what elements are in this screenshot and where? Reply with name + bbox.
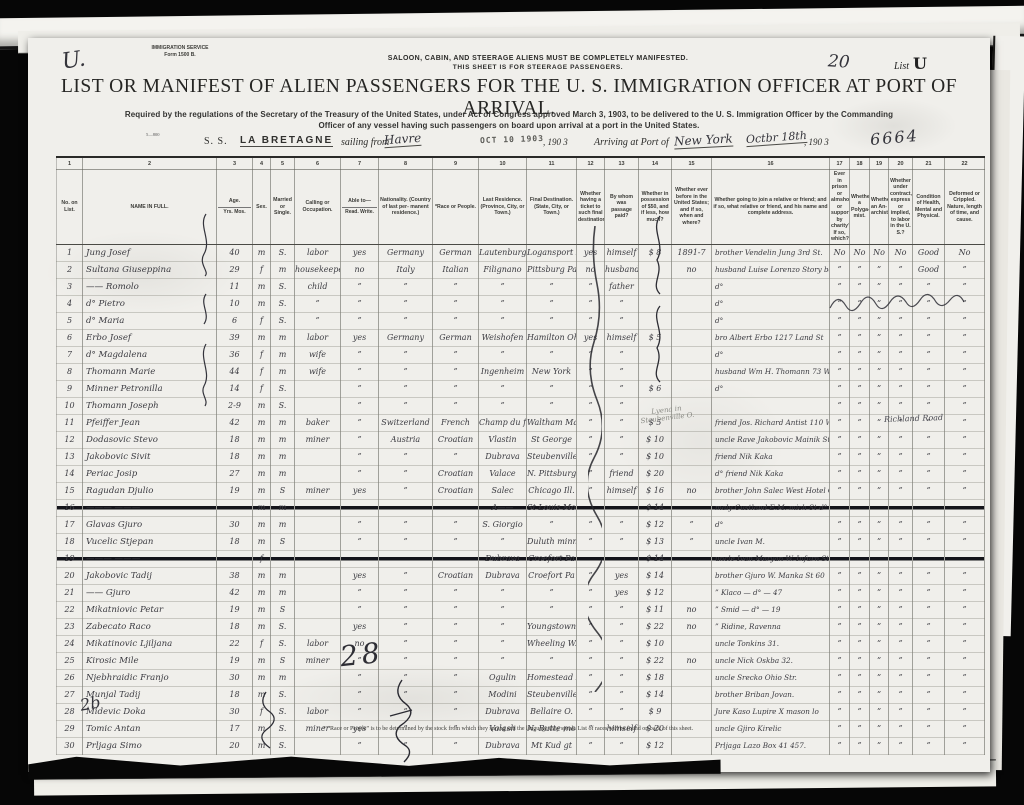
manifest-row: 28Midevic Doka30fS.labor”””DubravaBellai… bbox=[57, 703, 985, 720]
manifest-cell: Minner Petronilla bbox=[83, 380, 217, 397]
manifest-cell: 22 bbox=[217, 635, 253, 652]
manifest-cell: miner bbox=[295, 482, 341, 499]
manifest-cell: ” bbox=[479, 652, 527, 669]
manifest-cell bbox=[672, 686, 712, 703]
manifest-cell: m bbox=[271, 346, 295, 363]
manifest-cell: 1 bbox=[57, 244, 83, 261]
manifest-cell: ” bbox=[605, 448, 639, 465]
manifest-cell: ” bbox=[527, 312, 577, 329]
manifest-cell: baker bbox=[295, 414, 341, 431]
manifest-cell: ” bbox=[433, 346, 479, 363]
manifest-cell: $ 12 bbox=[639, 516, 672, 533]
manifest-row: 9Minner Petronilla14fS.”””””””$ 6d°”””””… bbox=[57, 380, 985, 397]
manifest-cell: f bbox=[253, 380, 271, 397]
manifest-cell: ” bbox=[913, 584, 945, 601]
manifest-cell: ” bbox=[577, 448, 605, 465]
manifest-cell: no bbox=[341, 261, 379, 278]
manifest-cell: ” bbox=[341, 363, 379, 380]
manifest-cell: ” bbox=[945, 482, 985, 499]
manifest-cell bbox=[672, 465, 712, 482]
manifest-cell: friend bbox=[605, 465, 639, 482]
sailing-from-label: sailing from bbox=[341, 137, 389, 148]
manifest-cell bbox=[850, 499, 870, 516]
manifest-cell: S. bbox=[271, 380, 295, 397]
manifest-cell bbox=[672, 295, 712, 312]
manifest-cell: French bbox=[433, 414, 479, 431]
manifest-cell: $ 20 bbox=[639, 465, 672, 482]
manifest-cell: Dubrava bbox=[479, 567, 527, 584]
manifest-cell: ” bbox=[830, 652, 850, 669]
manifest-cell: Switzerland bbox=[379, 414, 433, 431]
manifest-cell: ” bbox=[830, 482, 850, 499]
manifest-cell: S. bbox=[271, 635, 295, 652]
manifest-cell: ——— ——— bbox=[83, 499, 217, 516]
manifest-cell: m bbox=[253, 499, 271, 516]
column-number: 16 bbox=[712, 157, 830, 170]
manifest-cell: ” bbox=[479, 601, 527, 618]
manifest-cell: ” bbox=[913, 329, 945, 346]
manifest-cell: maly Custland E.M. mich St d° bbox=[712, 499, 830, 516]
manifest-cell: Vucelic Stjepan bbox=[83, 533, 217, 550]
manifest-cell: ” bbox=[945, 346, 985, 363]
manifest-cell: ” bbox=[945, 669, 985, 686]
ship-info-line: 5—800 S. S. LA BRETAGNE sailing from Hav… bbox=[28, 132, 990, 152]
manifest-cell: ” bbox=[577, 703, 605, 720]
manifest-cell: Croefort Pa bbox=[527, 567, 577, 584]
manifest-cell: m bbox=[253, 482, 271, 499]
manifest-cell: Modini bbox=[479, 686, 527, 703]
manifest-cell: No bbox=[945, 244, 985, 261]
manifest-cell: ” bbox=[341, 516, 379, 533]
manifest-cell: S. bbox=[271, 618, 295, 635]
manifest-cell: ” bbox=[341, 295, 379, 312]
manifest-cell: 4 bbox=[57, 295, 83, 312]
manifest-cell: ” bbox=[379, 482, 433, 499]
manifest-cell: ” bbox=[433, 601, 479, 618]
manifest-cell: ” bbox=[945, 635, 985, 652]
manifest-cell: ” bbox=[850, 635, 870, 652]
ss-label: S. S. bbox=[204, 136, 228, 147]
manifest-cell: Croefort Pa bbox=[527, 550, 577, 567]
manifest-cell: ” bbox=[379, 278, 433, 295]
manifest-cell: ” bbox=[479, 346, 527, 363]
form-number-print: IMMIGRATION SERVICE Form 1500 B. bbox=[130, 45, 230, 58]
manifest-cell: m bbox=[271, 329, 295, 346]
manifest-cell: ” bbox=[479, 397, 527, 414]
manifest-cell: S. bbox=[271, 278, 295, 295]
manifest-cell: Good bbox=[913, 261, 945, 278]
manifest-cell: ” bbox=[379, 363, 433, 380]
manifest-cell: ” bbox=[577, 686, 605, 703]
manifest-cell: ” bbox=[945, 584, 985, 601]
manifest-cell: ” bbox=[479, 380, 527, 397]
manifest-cell: ” bbox=[433, 703, 479, 720]
manifest-cell: ” bbox=[605, 346, 639, 363]
column-number: 19 bbox=[870, 157, 889, 170]
manifest-cell: Ingenheim bbox=[479, 363, 527, 380]
column-number: 22 bbox=[945, 157, 985, 170]
manifest-cell: m bbox=[253, 584, 271, 601]
manifest-cell: ” bbox=[830, 431, 850, 448]
column-number: 4 bbox=[253, 157, 271, 170]
manifest-cell: ” bbox=[479, 278, 527, 295]
manifest-row: 13Jakobovic Sivit18mm”””DubravaSteubenvi… bbox=[57, 448, 985, 465]
manifest-cell: ” bbox=[433, 295, 479, 312]
manifest-cell: ” bbox=[850, 329, 870, 346]
manifest-cell: ” bbox=[577, 397, 605, 414]
manifest-cell: German bbox=[433, 244, 479, 261]
manifest-cell: ” bbox=[889, 363, 913, 380]
manifest-cell bbox=[889, 550, 913, 567]
manifest-cell: 6 bbox=[217, 312, 253, 329]
manifest-cell bbox=[672, 550, 712, 567]
manifest-cell bbox=[639, 363, 672, 380]
manifest-cell: Mikatinovic Ljiljana bbox=[83, 635, 217, 652]
manifest-cell: Italy bbox=[379, 261, 433, 278]
manifest-cell: S bbox=[271, 533, 295, 550]
manifest-cell: ” bbox=[341, 465, 379, 482]
manifest-cell: ” bbox=[945, 601, 985, 618]
manifest-cell: ” bbox=[870, 380, 889, 397]
manifest-cell: d° Magdalena bbox=[83, 346, 217, 363]
manifest-cell bbox=[945, 550, 985, 567]
column-header: Final Destination. (State, City, or Town… bbox=[527, 170, 577, 245]
manifest-row: 27Munjal Tadij18mS.”””ModiniSteubenville… bbox=[57, 686, 985, 703]
race-footnote: * “Race or People” is to be determined b… bbox=[138, 726, 878, 732]
manifest-cell: ” bbox=[577, 465, 605, 482]
manifest-cell: ” bbox=[889, 601, 913, 618]
column-header: Deformed or Crippled. Nature, length of … bbox=[945, 170, 985, 245]
manifest-cell: ” bbox=[577, 567, 605, 584]
manifest-cell: ” bbox=[945, 533, 985, 550]
manifest-row: 7d° Magdalena36fmwife”””””””d°”””””” bbox=[57, 346, 985, 363]
manifest-cell: 20 bbox=[57, 567, 83, 584]
manifest-cell: 19 bbox=[57, 550, 83, 567]
manifest-cell: m bbox=[253, 516, 271, 533]
manifest-cell: ” bbox=[433, 448, 479, 465]
manifest-cell: ” bbox=[341, 533, 379, 550]
manifest-cell: ” bbox=[830, 669, 850, 686]
form-code: 5—800 bbox=[146, 132, 160, 137]
manifest-cell: 26 bbox=[57, 669, 83, 686]
arriving-label: Arriving at Port of bbox=[594, 137, 669, 148]
manifest-cell: ” bbox=[913, 618, 945, 635]
column-number: 8 bbox=[379, 157, 433, 170]
manifest-cell: $ 10 bbox=[639, 448, 672, 465]
manifest-cell: 18 bbox=[57, 533, 83, 550]
manifest-cell: Pfeiffer Jean bbox=[83, 414, 217, 431]
manifest-cell: ” bbox=[605, 601, 639, 618]
manifest-cell: ” bbox=[850, 363, 870, 380]
manifest-cell: German bbox=[433, 329, 479, 346]
manifest-cell bbox=[672, 346, 712, 363]
manifest-cell: Croatian bbox=[433, 482, 479, 499]
manifest-cell: ” bbox=[479, 312, 527, 329]
manifest-cell: Periac Josip bbox=[83, 465, 217, 482]
manifest-cell: m bbox=[253, 533, 271, 550]
manifest-cell: ” bbox=[295, 295, 341, 312]
manifest-cell: 19 bbox=[217, 601, 253, 618]
manifest-cell: ” bbox=[577, 635, 605, 652]
manifest-row: 21—— Gjuro42mm””””””yes$ 12” Klaco — d° … bbox=[57, 584, 985, 601]
manifest-cell: ” bbox=[379, 295, 433, 312]
manifest-cell: ” bbox=[889, 584, 913, 601]
manifest-cell: m bbox=[271, 499, 295, 516]
manifest-cell bbox=[672, 363, 712, 380]
manifest-cell: S. bbox=[271, 737, 295, 754]
manifest-cell: —— Romolo bbox=[83, 278, 217, 295]
year-blank-2: , 190 3 bbox=[804, 137, 829, 147]
column-header: Whether having a ticket to such final de… bbox=[577, 170, 605, 245]
manifest-cell: ” bbox=[889, 737, 913, 754]
manifest-cell: ” bbox=[945, 295, 985, 312]
manifest-cell: 44 bbox=[217, 363, 253, 380]
manifest-cell: ” bbox=[341, 584, 379, 601]
manifest-cell: ” bbox=[830, 618, 850, 635]
manifest-cell: 30 bbox=[217, 669, 253, 686]
manifest-cell: ” bbox=[379, 618, 433, 635]
manifest-cell: 5 bbox=[57, 312, 83, 329]
manifest-cell: Thomann Marie bbox=[83, 363, 217, 380]
manifest-cell: ” bbox=[889, 533, 913, 550]
manifest-cell: uncle Ivan Maryan W. Infurn St 28 bbox=[712, 550, 830, 567]
manifest-cell: ” bbox=[945, 567, 985, 584]
manifest-cell: f bbox=[253, 635, 271, 652]
manifest-cell bbox=[295, 380, 341, 397]
manifest-cell: 38 bbox=[217, 567, 253, 584]
manifest-cell: ” bbox=[433, 737, 479, 754]
manifest-cell: ” bbox=[870, 363, 889, 380]
manifest-cell bbox=[672, 703, 712, 720]
column-header: Sex. bbox=[253, 170, 271, 245]
manifest-cell: ” bbox=[913, 295, 945, 312]
manifest-cell: ” bbox=[577, 533, 605, 550]
manifest-cell: d° bbox=[712, 346, 830, 363]
manifest-cell: ” bbox=[870, 533, 889, 550]
manifest-cell: ” bbox=[945, 397, 985, 414]
manifest-cell: 6 bbox=[57, 329, 83, 346]
manifest-cell: miner bbox=[295, 652, 341, 669]
manifest-cell: ” bbox=[889, 380, 913, 397]
manifest-cell: ” bbox=[341, 278, 379, 295]
column-number: 6 bbox=[295, 157, 341, 170]
manifest-cell: ” bbox=[379, 669, 433, 686]
manifest-cell: ” bbox=[850, 465, 870, 482]
column-header: Whether in possession of $50, and if les… bbox=[639, 170, 672, 245]
manifest-cell bbox=[433, 550, 479, 567]
manifest-cell: yes bbox=[605, 567, 639, 584]
manifest-cell: St Louis Mo bbox=[527, 499, 577, 516]
manifest-cell bbox=[830, 499, 850, 516]
manifest-cell: Germany bbox=[379, 329, 433, 346]
manifest-cell: Valace bbox=[479, 465, 527, 482]
manifest-cell: ” bbox=[870, 465, 889, 482]
manifest-cell: Croatian bbox=[433, 567, 479, 584]
manifest-cell: ” bbox=[341, 703, 379, 720]
manifest-cell: ” bbox=[889, 618, 913, 635]
manifest-cell: ——— ——— bbox=[83, 550, 217, 567]
manifest-cell: ” bbox=[945, 329, 985, 346]
manifest-cell: 25 bbox=[57, 652, 83, 669]
manifest-cell: Steubenville O. bbox=[527, 686, 577, 703]
manifest-cell: ” bbox=[379, 584, 433, 601]
manifest-notices: SALOON, CABIN, AND STEERAGE ALIENS MUST … bbox=[358, 55, 718, 71]
manifest-cell: m bbox=[253, 465, 271, 482]
manifest-row: 6Erbo Josef39mmlaboryesGermanyGermanWeis… bbox=[57, 329, 985, 346]
manifest-cell: ” bbox=[870, 312, 889, 329]
manifest-cell: ” bbox=[379, 652, 433, 669]
handwritten-corner-mark: 2b bbox=[79, 692, 102, 714]
manifest-cell: ” bbox=[577, 312, 605, 329]
manifest-cell: ” bbox=[945, 448, 985, 465]
manifest-cell: Duluth minn bbox=[527, 533, 577, 550]
required-text-line1: Required by the regulations of the Secre… bbox=[28, 110, 990, 119]
manifest-cell: ” bbox=[605, 295, 639, 312]
manifest-cell: 29 bbox=[217, 261, 253, 278]
manifest-cell bbox=[672, 567, 712, 584]
manifest-cell: ” bbox=[870, 635, 889, 652]
column-number: 1 bbox=[57, 157, 83, 170]
manifest-row: 19——— ———fDubravaCroefort Pa$ 14uncle Iv… bbox=[57, 550, 985, 567]
manifest-cell bbox=[217, 550, 253, 567]
manifest-cell: 8 bbox=[57, 363, 83, 380]
manifest-cell: m bbox=[271, 669, 295, 686]
manifest-cell bbox=[295, 448, 341, 465]
manifest-cell: 18 bbox=[217, 431, 253, 448]
column-number: 18 bbox=[850, 157, 870, 170]
manifest-cell: ” bbox=[433, 516, 479, 533]
manifest-cell: no bbox=[672, 261, 712, 278]
column-header: Condition of Health, Mental and Physical… bbox=[913, 170, 945, 245]
manifest-cell: m bbox=[253, 329, 271, 346]
manifest-cell: 39 bbox=[217, 329, 253, 346]
manifest-cell: m bbox=[271, 363, 295, 380]
manifest-cell: ” bbox=[870, 448, 889, 465]
manifest-cell: 12 bbox=[57, 431, 83, 448]
manifest-cell: labor bbox=[295, 329, 341, 346]
manifest-cell bbox=[639, 312, 672, 329]
manifest-cell: Salec bbox=[479, 482, 527, 499]
manifest-cell: ” bbox=[850, 601, 870, 618]
manifest-cell: ” bbox=[605, 618, 639, 635]
manifest-cell: m bbox=[253, 431, 271, 448]
manifest-cell: S. bbox=[271, 295, 295, 312]
manifest-cell: m bbox=[253, 669, 271, 686]
manifest-cell: ” bbox=[850, 737, 870, 754]
manifest-cell: ” bbox=[433, 312, 479, 329]
column-number: 21 bbox=[913, 157, 945, 170]
manifest-cell: No bbox=[830, 244, 850, 261]
manifest-cell: 18 bbox=[217, 686, 253, 703]
manifest-cell: ” bbox=[605, 380, 639, 397]
manifest-cell: 7 bbox=[57, 346, 83, 363]
manifest-cell: ” bbox=[889, 669, 913, 686]
manifest-cell: Prljaga Lazo Box 41 457. bbox=[712, 737, 830, 754]
manifest-cell: ” bbox=[433, 278, 479, 295]
manifest-cell: ” bbox=[850, 431, 870, 448]
column-header: Age.Yrs. Mos. bbox=[217, 170, 253, 245]
manifest-cell: Sultana Giuseppina bbox=[83, 261, 217, 278]
manifest-cell bbox=[295, 686, 341, 703]
manifest-cell: m bbox=[253, 567, 271, 584]
column-header: Nationality. (Country of last per- manen… bbox=[379, 170, 433, 245]
manifest-cell: ” bbox=[889, 295, 913, 312]
manifest-cell: wife bbox=[295, 363, 341, 380]
manifest-cell: yes bbox=[341, 244, 379, 261]
manifest-cell: m bbox=[253, 601, 271, 618]
manifest-cell: no bbox=[672, 652, 712, 669]
manifest-cell: ” bbox=[577, 652, 605, 669]
manifest-row: 4d° Pietro10mS.””””””””d°”””””” bbox=[57, 295, 985, 312]
column-header: *Race or People. bbox=[433, 170, 479, 245]
manifest-cell: Good bbox=[913, 244, 945, 261]
manifest-cell: ” bbox=[913, 363, 945, 380]
manifest-cell: Zabecato Raco bbox=[83, 618, 217, 635]
manifest-cell: ” bbox=[605, 703, 639, 720]
manifest-row: 12Dodasovic Stevo18mmminer”AustriaCroati… bbox=[57, 431, 985, 448]
manifest-cell: —— Gjuro bbox=[83, 584, 217, 601]
manifest-cell: yes bbox=[577, 329, 605, 346]
manifest-cell: ” bbox=[341, 686, 379, 703]
manifest-cell: ” bbox=[527, 584, 577, 601]
manifest-cell: ” bbox=[341, 414, 379, 431]
manifest-cell: ” bbox=[341, 380, 379, 397]
manifest-cell: ” bbox=[945, 431, 985, 448]
manifest-cell: ” bbox=[577, 601, 605, 618]
manifest-cell bbox=[672, 431, 712, 448]
manifest-cell: ” Klaco — d° — 47 bbox=[712, 584, 830, 601]
manifest-cell: ” bbox=[577, 295, 605, 312]
manifest-cell: ” bbox=[830, 397, 850, 414]
manifest-cell: S. bbox=[271, 703, 295, 720]
manifest-row: 14Periac Josip27mm””CroatianValaceN. Pit… bbox=[57, 465, 985, 482]
arrival-date-handwritten: Octbr 18th bbox=[746, 129, 808, 147]
manifest-cell: Prljaga Simo bbox=[83, 737, 217, 754]
manifest-cell: ” bbox=[889, 448, 913, 465]
manifest-sheet: U. IMMIGRATION SERVICE Form 1500 B. SALO… bbox=[28, 38, 990, 772]
manifest-cell: ” bbox=[913, 482, 945, 499]
manifest-cell: ” Smid — d° — 19 bbox=[712, 601, 830, 618]
manifest-cell bbox=[672, 278, 712, 295]
manifest-cell: S bbox=[271, 482, 295, 499]
manifest-cell bbox=[433, 499, 479, 516]
manifest-cell: ” bbox=[379, 312, 433, 329]
manifest-cell: ” bbox=[913, 533, 945, 550]
manifest-cell: Homestead Pa bbox=[527, 669, 577, 686]
manifest-cell: d° Maria bbox=[83, 312, 217, 329]
manifest-cell: ” bbox=[870, 686, 889, 703]
manifest-cell: ” bbox=[850, 312, 870, 329]
manifest-cell: ” bbox=[889, 431, 913, 448]
manifest-cell: $ 11 bbox=[639, 601, 672, 618]
manifest-cell bbox=[672, 329, 712, 346]
column-number: 20 bbox=[889, 157, 913, 170]
manifest-cell: himself bbox=[605, 244, 639, 261]
manifest-cell: ” bbox=[341, 346, 379, 363]
manifest-cell: S bbox=[271, 652, 295, 669]
handwritten-28-annotation: 28 bbox=[338, 636, 385, 673]
manifest-cell: ” bbox=[870, 346, 889, 363]
manifest-cell: ” bbox=[527, 346, 577, 363]
manifest-cell: ” bbox=[341, 601, 379, 618]
manifest-cell: $ 10 bbox=[639, 431, 672, 448]
manifest-cell: Kirosic Mile bbox=[83, 652, 217, 669]
manifest-cell: Munjal Tadij bbox=[83, 686, 217, 703]
manifest-cell: 2-9 bbox=[217, 397, 253, 414]
manifest-cell: m bbox=[253, 244, 271, 261]
manifest-cell: husband Luise Lorenzo Story bdg bbox=[712, 261, 830, 278]
manifest-cell: 15 bbox=[57, 482, 83, 499]
